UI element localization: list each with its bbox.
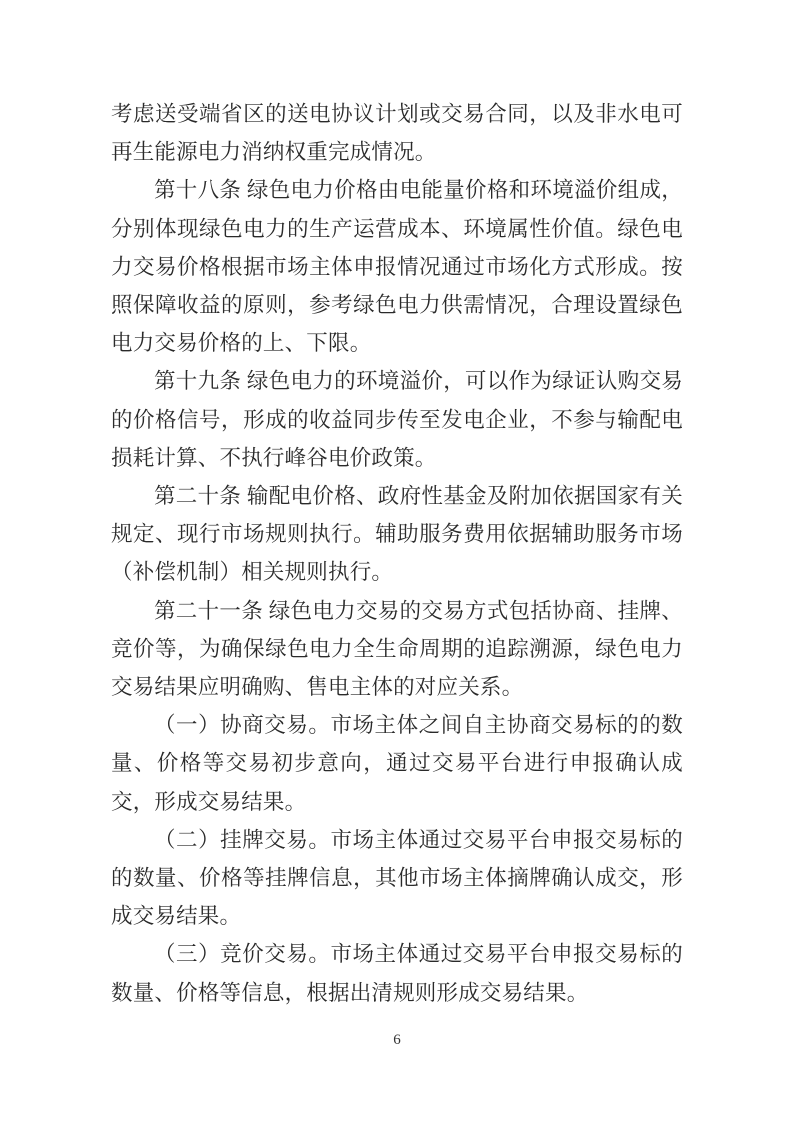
paragraph-continuation: 考虑送受端省区的送电协议计划或交易合同，以及非水电可再生能源电力消纳权重完成情况… [111, 95, 683, 171]
paragraph-article-19: 第十九条 绿色电力的环境溢价，可以作为绿证认购交易的价格信号，形成的收益同步传至… [111, 362, 683, 477]
paragraph-item-1: （一）协商交易。市场主体之间自主协商交易标的的数量、价格等交易初步意向，通过交易… [111, 706, 683, 821]
page-number: 6 [0, 1030, 794, 1050]
paragraph-article-18: 第十八条 绿色电力价格由电能量价格和环境溢价组成，分别体现绿色电力的生产运营成本… [111, 171, 683, 362]
paragraph-article-20: 第二十条 输配电价格、政府性基金及附加依据国家有关规定、现行市场规则执行。辅助服… [111, 477, 683, 592]
paragraph-item-3: （三）竞价交易。市场主体通过交易平台申报交易标的数量、价格等信息，根据出清规则形… [111, 935, 683, 1011]
paragraph-item-2: （二）挂牌交易。市场主体通过交易平台申报交易标的的数量、价格等挂牌信息，其他市场… [111, 821, 683, 936]
document-page: 考虑送受端省区的送电协议计划或交易合同，以及非水电可再生能源电力消纳权重完成情况… [0, 0, 794, 1123]
document-body: 考虑送受端省区的送电协议计划或交易合同，以及非水电可再生能源电力消纳权重完成情况… [111, 95, 683, 1012]
paragraph-article-21: 第二十一条 绿色电力交易的交易方式包括协商、挂牌、竞价等，为确保绿色电力全生命周… [111, 592, 683, 707]
